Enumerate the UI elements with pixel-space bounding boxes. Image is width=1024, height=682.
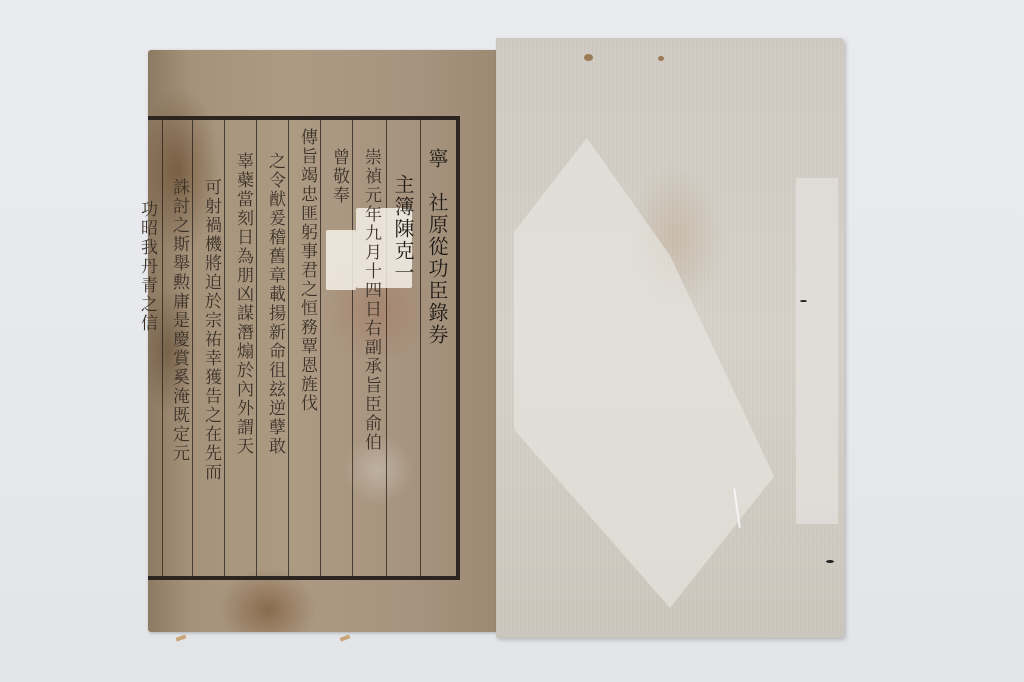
recipient-column: 主簿陳克一: [390, 174, 416, 284]
column-rule: [224, 120, 225, 576]
text-column: 之令猷爰稽舊章載揚新命徂玆逆孽敢: [262, 152, 288, 456]
repair-tissue-patch: [514, 138, 774, 608]
column-rule: [256, 120, 257, 576]
text-column: 功昭我丹青之信: [134, 200, 160, 333]
left-page-printed: 寧 社原從功臣錄券 主簿陳克一 崇禎元年九月十四日右副承旨臣俞伯 曾敬奉 傳旨竭…: [148, 50, 496, 632]
opened-book: 寧 社原從功臣錄券 主簿陳克一 崇禎元年九月十四日右副承旨臣俞伯 曾敬奉 傳旨竭…: [0, 0, 1024, 682]
paper-repair-patch: [326, 230, 356, 290]
text-column: 辜蘗當刻日為朋凶謀潛煽於內外謂天: [230, 152, 256, 456]
column-rule: [320, 120, 321, 576]
repair-tissue-strip: [796, 178, 838, 524]
binding-thread: [176, 634, 187, 641]
text-column: 曾敬奉: [326, 148, 352, 205]
text-column: 可射禍機將迫於宗祐幸獲告之在先而: [198, 178, 224, 482]
text-column: 誅討之斯舉勲庸是慶賞奚淹既定元: [166, 178, 192, 463]
ink-mark: [826, 560, 834, 563]
title-column: 寧 社原從功臣錄券: [424, 148, 450, 346]
ink-mark: [800, 300, 807, 302]
binding-thread: [340, 634, 351, 641]
stain-spot: [658, 56, 664, 61]
print-border-frame: 寧 社原從功臣錄券 主簿陳克一 崇禎元年九月十四日右副承旨臣俞伯 曾敬奉 傳旨竭…: [148, 116, 460, 580]
date-column: 崇禎元年九月十四日右副承旨臣俞伯: [358, 148, 384, 452]
column-rule: [192, 120, 193, 576]
right-page-blank: [496, 38, 844, 638]
stain-spot: [584, 54, 593, 61]
column-rule: [386, 120, 387, 576]
column-rule: [352, 120, 353, 576]
column-rule: [288, 120, 289, 576]
column-rule: [162, 120, 163, 576]
text-column: 傳旨竭忠匪躬事君之恒務覃恩旌伐: [294, 128, 320, 413]
column-rule: [420, 120, 421, 576]
